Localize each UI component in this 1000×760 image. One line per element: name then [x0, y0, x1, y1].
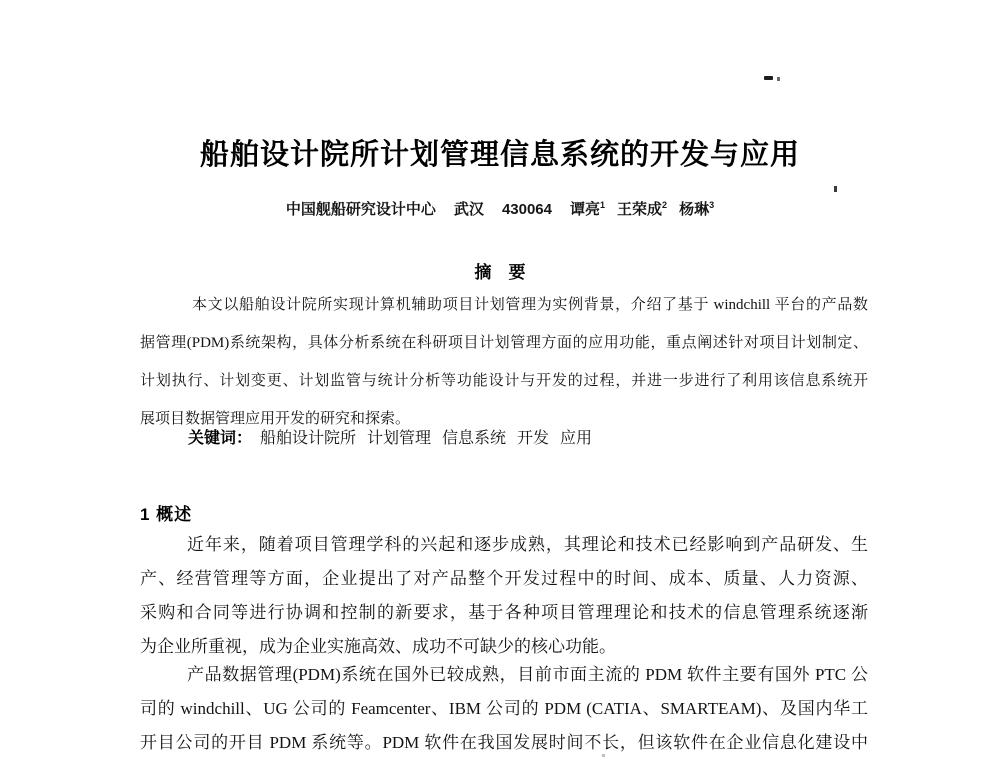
keywords-text: 船舶设计院所 计划管理 信息系统 开发 应用	[260, 430, 592, 447]
postcode-text: 430064	[502, 201, 552, 218]
scan-artifact-dot	[777, 77, 780, 81]
author-2: 王荣成2	[617, 201, 667, 218]
keywords-label: 关键词：	[188, 430, 252, 447]
abstract-line: 本文以船舶设计院所实现计算机辅助项目计划管理为实例背景，介绍了基于 windch…	[140, 286, 868, 324]
byline: 中国舰船研究设计中心武汉430064谭亮1王荣成2杨琳3	[0, 198, 1000, 219]
author-3: 杨琳3	[679, 201, 714, 218]
section-1-paragraph-2: 产品数据管理(PDM)系统在国外已较成熟，目前市面主流的 PDM 软件主要有国外…	[140, 658, 868, 760]
author-2-name: 王荣成	[617, 201, 662, 218]
section-1-paragraph-1: 近年来，随着项目管理学科的兴起和逐步成熟，其理论和技术已经影响到产品研发、生 产…	[140, 528, 868, 664]
author-3-sup: 3	[709, 200, 714, 210]
abstract-block: 本文以船舶设计院所实现计算机辅助项目计划管理为实例背景，介绍了基于 windch…	[140, 286, 868, 438]
body-line: 开目公司的开目 PDM 系统等。PDM 软件在我国发展时间不长，但该软件在企业信…	[140, 726, 868, 760]
author-2-sup: 2	[662, 200, 667, 210]
affiliation-text: 中国舰船研究设计中心	[286, 201, 436, 218]
abstract-line: 计划执行、计划变更、计划监管与统计分析等功能设计与开发的过程，并进一步进行了利用…	[140, 362, 868, 400]
abstract-line: 据管理(PDM)系统架构，具体分析系统在科研项目计划管理方面的应用功能，重点阐述…	[140, 324, 868, 362]
section-1-heading: 1 概述	[140, 500, 192, 525]
scan-artifact-dash	[764, 76, 773, 80]
author-3-name: 杨琳	[679, 201, 709, 218]
body-line: 产品数据管理(PDM)系统在国外已较成熟，目前市面主流的 PDM 软件主要有国外…	[140, 658, 868, 692]
body-line: 近年来，随着项目管理学科的兴起和逐步成熟，其理论和技术已经影响到产品研发、生	[140, 528, 868, 562]
abstract-heading: 摘 要	[0, 258, 1000, 283]
author-1-sup: 1	[600, 200, 605, 210]
paper-title: 船舶设计院所计划管理信息系统的开发与应用	[0, 132, 1000, 173]
keywords-line: 关键词：船舶设计院所 计划管理 信息系统 开发 应用	[140, 424, 868, 454]
body-line: 产、经营管理等方面，企业提出了对产品整个开发过程中的时间、成本、质量、人力资源、	[140, 562, 868, 596]
document-page: 船舶设计院所计划管理信息系统的开发与应用 中国舰船研究设计中心武汉430064谭…	[0, 0, 1000, 760]
city-text: 武汉	[454, 201, 484, 218]
author-1-name: 谭亮	[570, 201, 600, 218]
scan-artifact-speck	[834, 186, 837, 192]
author-1: 谭亮1	[570, 201, 605, 218]
body-line: 司的 windchill、UG 公司的 Feamcenter、IBM 公司的 P…	[140, 692, 868, 726]
body-line: 采购和合同等进行协调和控制的新要求，基于各种项目管理理论和技术的信息管理系统逐渐	[140, 596, 868, 630]
